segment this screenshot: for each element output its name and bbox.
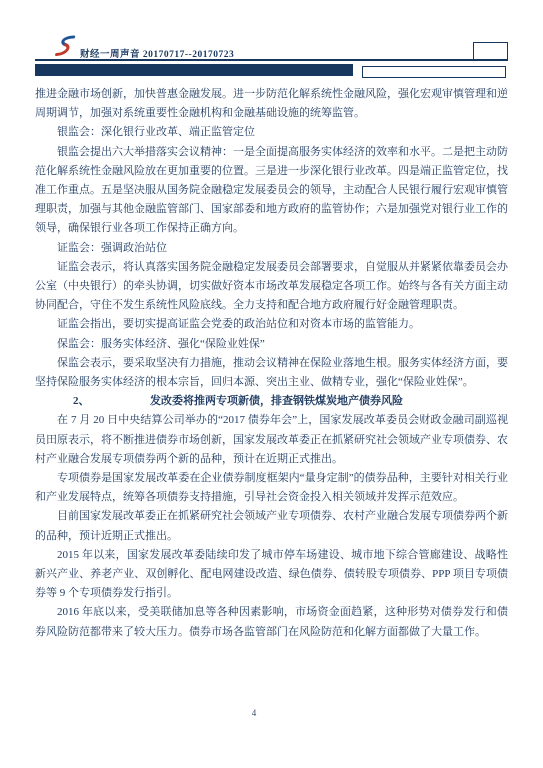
numbered-section-heading: 2、发改委将推两专项新债，排查钢铁煤炭地产债券风险 <box>35 392 508 411</box>
company-logo-icon <box>53 35 77 57</box>
report-page: 财经一周声音 20170717--20170723 推进金融市场创新，加快普惠金… <box>0 0 543 768</box>
paragraph: 证监会表示，将认真落实国务院金融稳定发展委员会部署要求，自觉服从并紧紧依靠委员会… <box>35 258 508 316</box>
paragraph: 在 7 月 20 日中央结算公司举办的“2017 债券年会”上，国家发展改革委员… <box>35 411 508 469</box>
report-header-title: 财经一周声音 20170717--20170723 <box>80 46 234 60</box>
paragraph: 保监会表示，要采取坚决有力措施，推动会议精神在保险业落地生根。服务实体经济方面，… <box>35 354 508 392</box>
document-body: 推进金融市场创新，加快普惠金融发展。进一步防范化解系统性金融风险，强化宏观审慎管… <box>35 85 508 642</box>
paragraph: 2016 年底以来，受美联储加息等各种因素影响，市场资金面趋紧，这种形势对债券发… <box>35 603 508 641</box>
section-subheading: 银监会：深化银行业改革、端正监管定位 <box>35 123 508 142</box>
paragraph: 银监会提出六大举措落实会议精神：一是全面提高服务实体经济的效率和水平。二是把主动… <box>35 143 508 239</box>
paragraph: 专项债券是国家发展改革委在企业债券制度框架内“量身定制”的债券品种，主要针对相关… <box>35 469 508 507</box>
section-title-bar-outline <box>362 66 506 78</box>
paragraph: 目前国家发展改革委正在抓紧研究社会领域产业专项债券、农村产业融合发展专项债券两个… <box>35 507 508 545</box>
header-rule <box>35 59 508 61</box>
page-number: 4 <box>0 708 508 718</box>
section-heading-text: 发改委将推两专项新债，排查钢铁煤炭地产债券风险 <box>150 395 403 407</box>
section-subheading: 保监会：服务实体经济、强化“保险业姓保” <box>35 335 508 354</box>
paragraph: 推进金融市场创新，加快普惠金融发展。进一步防范化解系统性金融风险，强化宏观审慎管… <box>35 85 508 123</box>
section-number: 2、 <box>73 392 150 411</box>
section-title-bar <box>35 64 353 76</box>
paragraph: 2015 年以来，国家发展改革委陆续印发了城市停车场建设、城市地下综合管廊建设、… <box>35 546 508 604</box>
paragraph: 证监会指出，要切实提高证监会党委的政治站位和对资本市场的监管能力。 <box>35 315 508 334</box>
section-subheading: 证监会：强调政治站位 <box>35 239 508 258</box>
